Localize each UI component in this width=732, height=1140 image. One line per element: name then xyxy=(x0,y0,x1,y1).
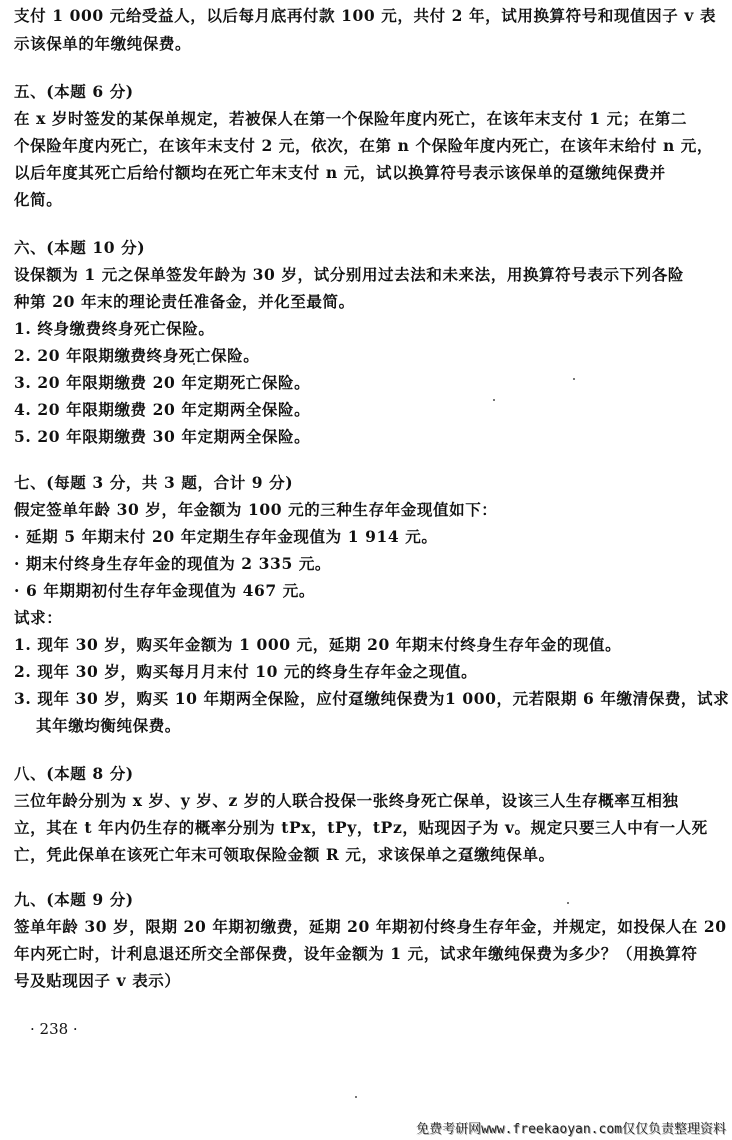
section-6-line: 设保额为 1 元之保单签发年龄为 30 岁，试分别用过去法和未来法，用换算符号表… xyxy=(14,265,684,285)
section-6-line: 种第 20 年末的理论责任准备金，并化至最简。 xyxy=(14,292,355,312)
section-6-item: 1. 终身缴费终身死亡保险。 xyxy=(14,319,214,339)
section-7-bullet: · 6 年期期初付生存年金现值为 467 元。 xyxy=(14,581,315,601)
section-9-line: 年内死亡时，计利息退还所交全部保费，设年金额为 1 元，试求年缴纯保费为多少？（… xyxy=(14,944,697,964)
section-7-line: 试求： xyxy=(14,608,62,628)
section-6-item: 5. 20 年限期缴费 30 年定期两全保险。 xyxy=(14,427,310,447)
section-7-line: 假定签单年龄 30 岁，年金额为 100 元的三种生存年金现值如下： xyxy=(14,500,497,520)
section-6-item: 4. 20 年限期缴费 20 年定期两全保险。 xyxy=(14,400,310,420)
section-7-bullet: · 期末付终身生存年金的现值为 2 335 元。 xyxy=(14,554,331,574)
section-8-line: 三位年龄分别为 x 岁、y 岁、z 岁的人联合投保一张终身死亡保单，设该三人生存… xyxy=(14,791,679,811)
section-7-item: 3. 现年 30 岁，购买 10 年期两全保险，应付趸缴纯保费为1 000，元若… xyxy=(14,689,729,709)
section-7-bullet: · 延期 5 年期末付 20 年定期生存年金现值为 1 914 元。 xyxy=(14,527,437,547)
section-7-item: 1. 现年 30 岁，购买年金额为 1 000 元，延期 20 年期末付终身生存… xyxy=(14,635,621,655)
section-9-heading: 九、(本题 9 分) xyxy=(14,890,134,910)
intro-line: 支付 1 000 元给受益人，以后每月底再付款 100 元，共付 2 年，试用换… xyxy=(14,6,716,26)
intro-line: 示该保单的年缴纯保费。 xyxy=(14,34,191,54)
scan-speck xyxy=(355,1096,357,1098)
section-6-item: 3. 20 年限期缴费 20 年定期死亡保险。 xyxy=(14,373,310,393)
section-8-line: 立，其在 t 年内仍生存的概率分别为 tPx，tPy，tPz，贴现因子为 v。规… xyxy=(14,818,708,838)
page-number: · 238 · xyxy=(30,1020,78,1038)
section-7-item: 2. 现年 30 岁，购买每月月末付 10 元的终身生存年金之现值。 xyxy=(14,662,477,682)
scan-speck xyxy=(573,378,575,380)
section-9-line: 签单年龄 30 岁，限期 20 年期初缴费，延期 20 年期初付终身生存年金，并… xyxy=(14,917,727,937)
section-6-item: 2. 20 年限期缴费终身死亡保险。 xyxy=(14,346,259,366)
footer-watermark: 免费考研网www.freekaoyan.com仅仅负责整理资料 xyxy=(416,1118,726,1137)
scan-speck xyxy=(493,399,495,401)
section-5-heading: 五、(本题 6 分) xyxy=(14,82,134,102)
section-8-line: 亡，凭此保单在该死亡年末可领取保险金额 R 元，求该保单之趸缴纯保单。 xyxy=(14,845,555,865)
section-5-line: 个保险年度内死亡，在该年末支付 2 元，依次，在第 n 个保险年度内死亡，在该年… xyxy=(14,136,713,156)
section-9-line: 号及贴现因子 v 表示） xyxy=(14,971,181,991)
section-6-heading: 六、(本题 10 分) xyxy=(14,238,145,258)
section-8-heading: 八、(本题 8 分) xyxy=(14,764,134,784)
scan-speck xyxy=(193,363,195,365)
section-5-line: 在 x 岁时签发的某保单规定，若被保人在第一个保险年度内死亡，在该年末支付 1 … xyxy=(14,109,687,129)
section-7-heading: 七、(每题 3 分，共 3 题，合计 9 分) xyxy=(14,473,293,493)
section-7-item-continuation: 其年缴均衡纯保费。 xyxy=(36,716,181,736)
section-5-line: 化简。 xyxy=(14,190,62,210)
section-5-line: 以后年度其死亡后给付额均在死亡年末支付 n 元，试以换算符号表示该保单的趸缴纯保… xyxy=(14,163,666,183)
scan-speck xyxy=(567,902,569,904)
